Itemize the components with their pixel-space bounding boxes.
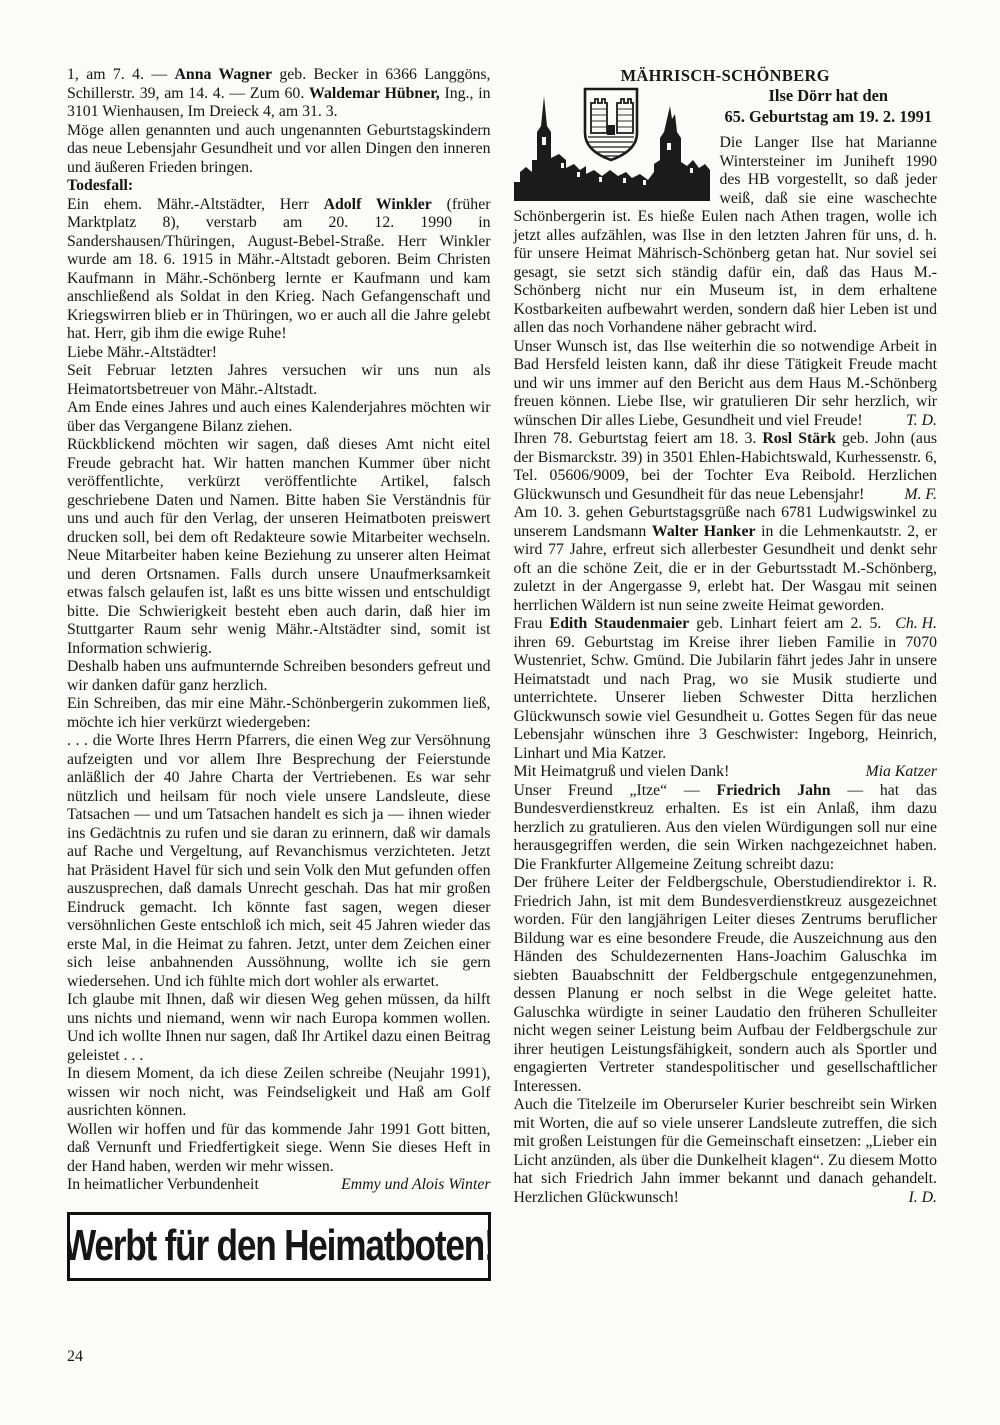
two-column-text-area: 1, am 7. 4. — Anna Wagner geb. Becker in… — [67, 66, 937, 1281]
signature: I. D. — [894, 1189, 937, 1208]
text-run: Emmy — [341, 1176, 380, 1193]
person-name: Friedrich Jahn — [716, 782, 830, 799]
paragraph: Möge allen genannten und auch ungenannte… — [67, 122, 491, 178]
paragraph: Am 10. 3. gehen Geburtstagsgrüße nach 67… — [514, 504, 938, 615]
text-run: Unser Freund „Itze“ — — [514, 782, 717, 799]
text-run: Deshalb haben uns aufmunternde Schreiben… — [67, 658, 491, 694]
paragraph: Der frühere Leiter der Feldbergschule, O… — [514, 874, 938, 1096]
text-run: und — [381, 1176, 412, 1193]
text-run: Ein Schreiben, das mir eine Mähr.-Schönb… — [67, 695, 491, 731]
left-column: 1, am 7. 4. — Anna Wagner geb. Becker in… — [67, 66, 491, 1281]
right-column-text: Unser Wunsch ist, das Ilse weiterhin die… — [514, 338, 938, 1208]
text-run: Alois Winter — [412, 1176, 491, 1193]
signature: Mia Katzer — [851, 763, 937, 782]
paragraph: Liebe Mähr.-Altstädter! — [67, 344, 491, 363]
text-run: . . . die Worte Ihres Herrn Pfarrers, di… — [67, 732, 491, 990]
signature: Ch. H. — [881, 615, 937, 634]
text-run: Todesfall: — [67, 177, 133, 194]
person-name: Edith Staudenmaier — [550, 615, 690, 632]
signature: M. F. — [890, 486, 937, 505]
text-run: Wollen wir hoffen und für das kommende J… — [67, 1121, 491, 1175]
signature: T. D. — [892, 412, 937, 431]
person-name: Rosl Stärk — [762, 430, 836, 447]
text-run: Ch. H. — [895, 615, 937, 632]
paragraph: Ein Schreiben, das mir eine Mähr.-Schönb… — [67, 695, 491, 732]
paragraph: Seit Februar letzten Jahres versuchen wi… — [67, 362, 491, 399]
paragraph: . . . die Worte Ihres Herrn Pfarrers, di… — [67, 732, 491, 991]
paragraph: Mit Heimatgruß und vielen Dank!Mia Katze… — [514, 763, 938, 782]
paragraph: Rückblickend möchten wir sagen, daß dies… — [67, 436, 491, 658]
paragraph: Ihren 78. Geburtstag feiert am 18. 3. Ro… — [514, 430, 938, 504]
person-name: Adolf Winkler — [324, 196, 432, 213]
text-run: Seit Februar letzten Jahres versuchen wi… — [67, 362, 491, 398]
text-run: Auch die Titelzeile im Oberurseler Kurie… — [514, 1096, 938, 1206]
paragraph: Deshalb haben uns aufmunternde Schreiben… — [67, 658, 491, 695]
coat-of-arms-icon — [585, 89, 637, 160]
person-name: Walter Hanker — [652, 523, 756, 540]
text-run: Ein ehem. Mähr.-Altstädter, Herr — [67, 196, 324, 213]
text-run: T. D. — [906, 412, 937, 429]
signature: Emmy und Alois Winter — [327, 1176, 490, 1195]
text-run: 1, am 7. 4. — — [67, 66, 175, 83]
paragraph: Frau Edith Staudenmaier geb. Linhart fei… — [514, 615, 938, 763]
text-run: Ich glaube mit Ihnen, daß wir diesen Weg… — [67, 991, 491, 1064]
person-name: Anna Wagner — [175, 66, 273, 83]
text-run: Rückblickend möchten wir sagen, daß dies… — [67, 436, 491, 657]
text-run: I. D. — [908, 1189, 937, 1206]
text-run: In heimatlicher Verbundenheit — [67, 1176, 259, 1193]
promo-banner-text: Werbt für den Heimatboten! — [67, 1237, 491, 1256]
text-run: Unser Wunsch ist, das Ilse weiterhin die… — [514, 338, 938, 429]
ilse-doerr-article: Ilse Dörr hat den 65. Geburtstag am 19. … — [514, 85, 938, 338]
text-run: Mia Katzer — [865, 763, 937, 780]
text-run: Möge allen genannten und auch ungenannte… — [67, 122, 491, 176]
paragraph: Wollen wir hoffen und für das kommende J… — [67, 1121, 491, 1177]
paragraph: 1, am 7. 4. — Anna Wagner geb. Becker in… — [67, 66, 491, 122]
text-run: geb. Linhart feiert am 2. 5. ihren 69. G… — [514, 615, 938, 762]
text-run: Ihren 78. Geburtstag feiert am 18. 3. — [514, 430, 763, 447]
text-run: Am Ende eines Jahres und auch eines Kale… — [67, 399, 491, 435]
paragraph: Ich glaube mit Ihnen, daß wir diesen Weg… — [67, 991, 491, 1065]
scanned-newsletter-page: { "page": { "number": "24" }, "banner": … — [0, 0, 1000, 1425]
text-run: Der frühere Leiter der Feldbergschule, O… — [514, 874, 938, 1095]
text-run: Mit Heimatgruß und vielen Dank! — [514, 763, 730, 780]
text-run: In diesem Moment, da ich diese Zeilen sc… — [67, 1065, 491, 1119]
text-run: (früher Marktplatz 8), verstarb am 20. 1… — [67, 196, 491, 343]
paragraph: Unser Wunsch ist, das Ilse weiterhin die… — [514, 338, 938, 431]
paragraph: Auch die Titelzeile im Oberurseler Kurie… — [514, 1096, 938, 1207]
paragraph: In diesem Moment, da ich diese Zeilen sc… — [67, 1065, 491, 1121]
paragraph: Ein ehem. Mähr.-Altstädter, Herr Adolf W… — [67, 196, 491, 344]
section-heading: Todesfall: — [67, 177, 491, 196]
text-run: Liebe Mähr.-Altstädter! — [67, 344, 217, 361]
text-run: Frau — [514, 615, 550, 632]
right-column: MÄHRISCH-SCHÖNBERG — [514, 66, 938, 1281]
paragraph: Unser Freund „Itze“ — Friedrich Jahn — h… — [514, 782, 938, 875]
text-run: M. F. — [904, 486, 937, 503]
paragraph: In heimatlicher VerbundenheitEmmy und Al… — [67, 1176, 491, 1195]
page-number: 24 — [67, 1348, 83, 1366]
left-column-text: 1, am 7. 4. — Anna Wagner geb. Becker in… — [67, 66, 491, 1195]
paragraph: Am Ende eines Jahres und auch eines Kale… — [67, 399, 491, 436]
promo-banner-box: Werbt für den Heimatboten! — [67, 1212, 491, 1281]
section-title: MÄHRISCH-SCHÖNBERG — [514, 66, 938, 85]
person-name: Waldemar Hübner, — [309, 85, 440, 102]
town-silhouette-illustration — [514, 85, 710, 201]
